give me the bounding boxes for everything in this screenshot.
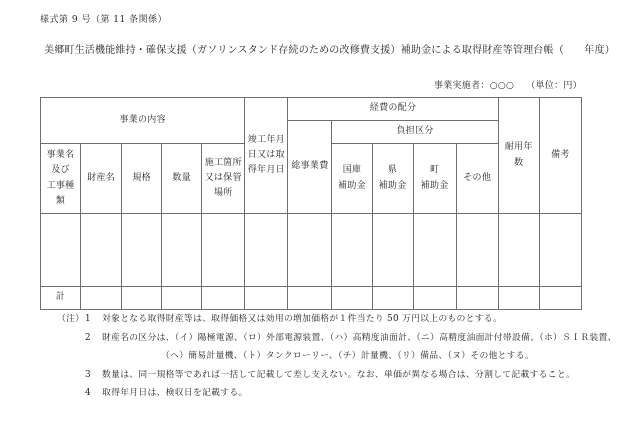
note-line-4: 4 取得年月日は、検収日を記載する。 (57, 384, 597, 403)
note-number: 2 (85, 329, 102, 348)
total-cell (456, 287, 498, 310)
note-text: 財産名の区分は、（イ）陽極電源、（ロ）外部電源装置、（ハ）高精度油面計、（ニ）高… (102, 329, 617, 348)
header-completion-or-acquisition-date: 竣工年月 日又は取 得年月日 (245, 98, 288, 214)
col-header-town-subsidy: 町 補助金 (413, 144, 456, 214)
executor-row: 事業実施者：○○○ （単位：円） (434, 78, 582, 91)
col-header-property-name: 財産名 (81, 144, 122, 214)
total-row: 計 (41, 287, 582, 310)
note-label (57, 366, 85, 385)
entry-cell (81, 214, 122, 287)
entry-cell (41, 214, 81, 287)
col-header-national-treasury-subsidy: 国庫 補助金 (332, 144, 372, 214)
entry-cell (288, 214, 332, 287)
note-label (57, 347, 85, 366)
total-cell (332, 287, 372, 310)
total-cell (122, 287, 162, 310)
unit-label: （単位：円） (526, 78, 582, 91)
note-text: （ヘ）簡易計量機、（ト）タンクローリー、（チ）計量機、（リ）備品、（ヌ）その他と… (102, 347, 597, 366)
note-line-1: （注） 1 対象となる取得財産等は、取得価格又は効用の増加価格が１件当たり 50… (57, 310, 597, 329)
header-burden-classification: 負担区分 (332, 121, 498, 144)
notes-section: （注） 1 対象となる取得財産等は、取得価格又は効用の増加価格が１件当たり 50… (57, 310, 597, 403)
property-ledger-table: 事業の内容 竣工年月 日又は取 得年月日 経費の配分 耐用年数 備考 総事業費 … (40, 97, 582, 310)
total-row-label: 計 (41, 287, 81, 310)
header-total-project-cost: 総事業費 (288, 121, 332, 214)
total-cell (202, 287, 245, 310)
entry-cell (413, 214, 456, 287)
entry-cell (332, 214, 372, 287)
col-header-quantity: 数量 (162, 144, 202, 214)
entry-cell (372, 214, 413, 287)
total-cell (498, 287, 539, 310)
note-number: 3 (85, 366, 102, 385)
col-header-prefecture-subsidy: 県 補助金 (372, 144, 413, 214)
note-line-2: 2 財産名の区分は、（イ）陽極電源、（ロ）外部電源装置、（ハ）高精度油面計、（ニ… (57, 329, 597, 348)
total-cell (245, 287, 288, 310)
header-useful-life: 耐用年数 (498, 98, 539, 214)
total-cell (372, 287, 413, 310)
entry-cell (202, 214, 245, 287)
entry-row (41, 214, 582, 287)
col-header-other: その他 (456, 144, 498, 214)
header-expense-allocation: 経費の配分 (288, 98, 498, 121)
note-text: 数量は、同一規格等であれば一括して記載して差し支えない。なお、単価が異なる場合は… (102, 366, 597, 385)
document-page: 様式第 9 号（第 11 条関係） 美郷町生活機能維持・確保支援（ガソリンスタン… (0, 0, 630, 439)
note-line-3: 3 数量は、同一規格等であれば一括して記載して差し支えない。なお、単価が異なる場… (57, 366, 597, 385)
col-header-business-name-and-work-type: 事業名 及び 工事種類 (41, 144, 81, 214)
executor-label: 事業実施者：○○○ (434, 78, 514, 91)
col-header-specification: 規格 (122, 144, 162, 214)
entry-cell (539, 214, 581, 287)
total-cell (162, 287, 202, 310)
note-label: （注） (57, 310, 85, 329)
note-label (57, 329, 85, 348)
entry-cell (245, 214, 288, 287)
col-header-construction-or-storage-location: 施工箇所 又は保管 場所 (202, 144, 245, 214)
header-business-content: 事業の内容 (41, 98, 245, 144)
entry-cell (162, 214, 202, 287)
total-cell (288, 287, 332, 310)
note-text: 対象となる取得財産等は、取得価格又は効用の増加価格が１件当たり 50 万円以上の… (102, 310, 597, 329)
total-cell (81, 287, 122, 310)
total-cell (413, 287, 456, 310)
form-number: 様式第 9 号（第 11 条関係） (40, 12, 167, 25)
entry-cell (498, 214, 539, 287)
note-number: 4 (85, 384, 102, 403)
note-text: 取得年月日は、検収日を記載する。 (102, 384, 597, 403)
note-number: 1 (85, 310, 102, 329)
total-cell (539, 287, 581, 310)
note-label (57, 384, 85, 403)
note-line-2-continuation: （ヘ）簡易計量機、（ト）タンクローリー、（チ）計量機、（リ）備品、（ヌ）その他と… (57, 347, 597, 366)
entry-cell (122, 214, 162, 287)
entry-cell (456, 214, 498, 287)
document-title: 美郷町生活機能維持・確保支援（ガソリンスタンド存続のための改修費支援）補助金によ… (44, 41, 615, 56)
note-number (85, 347, 102, 366)
header-remarks: 備考 (539, 98, 581, 214)
